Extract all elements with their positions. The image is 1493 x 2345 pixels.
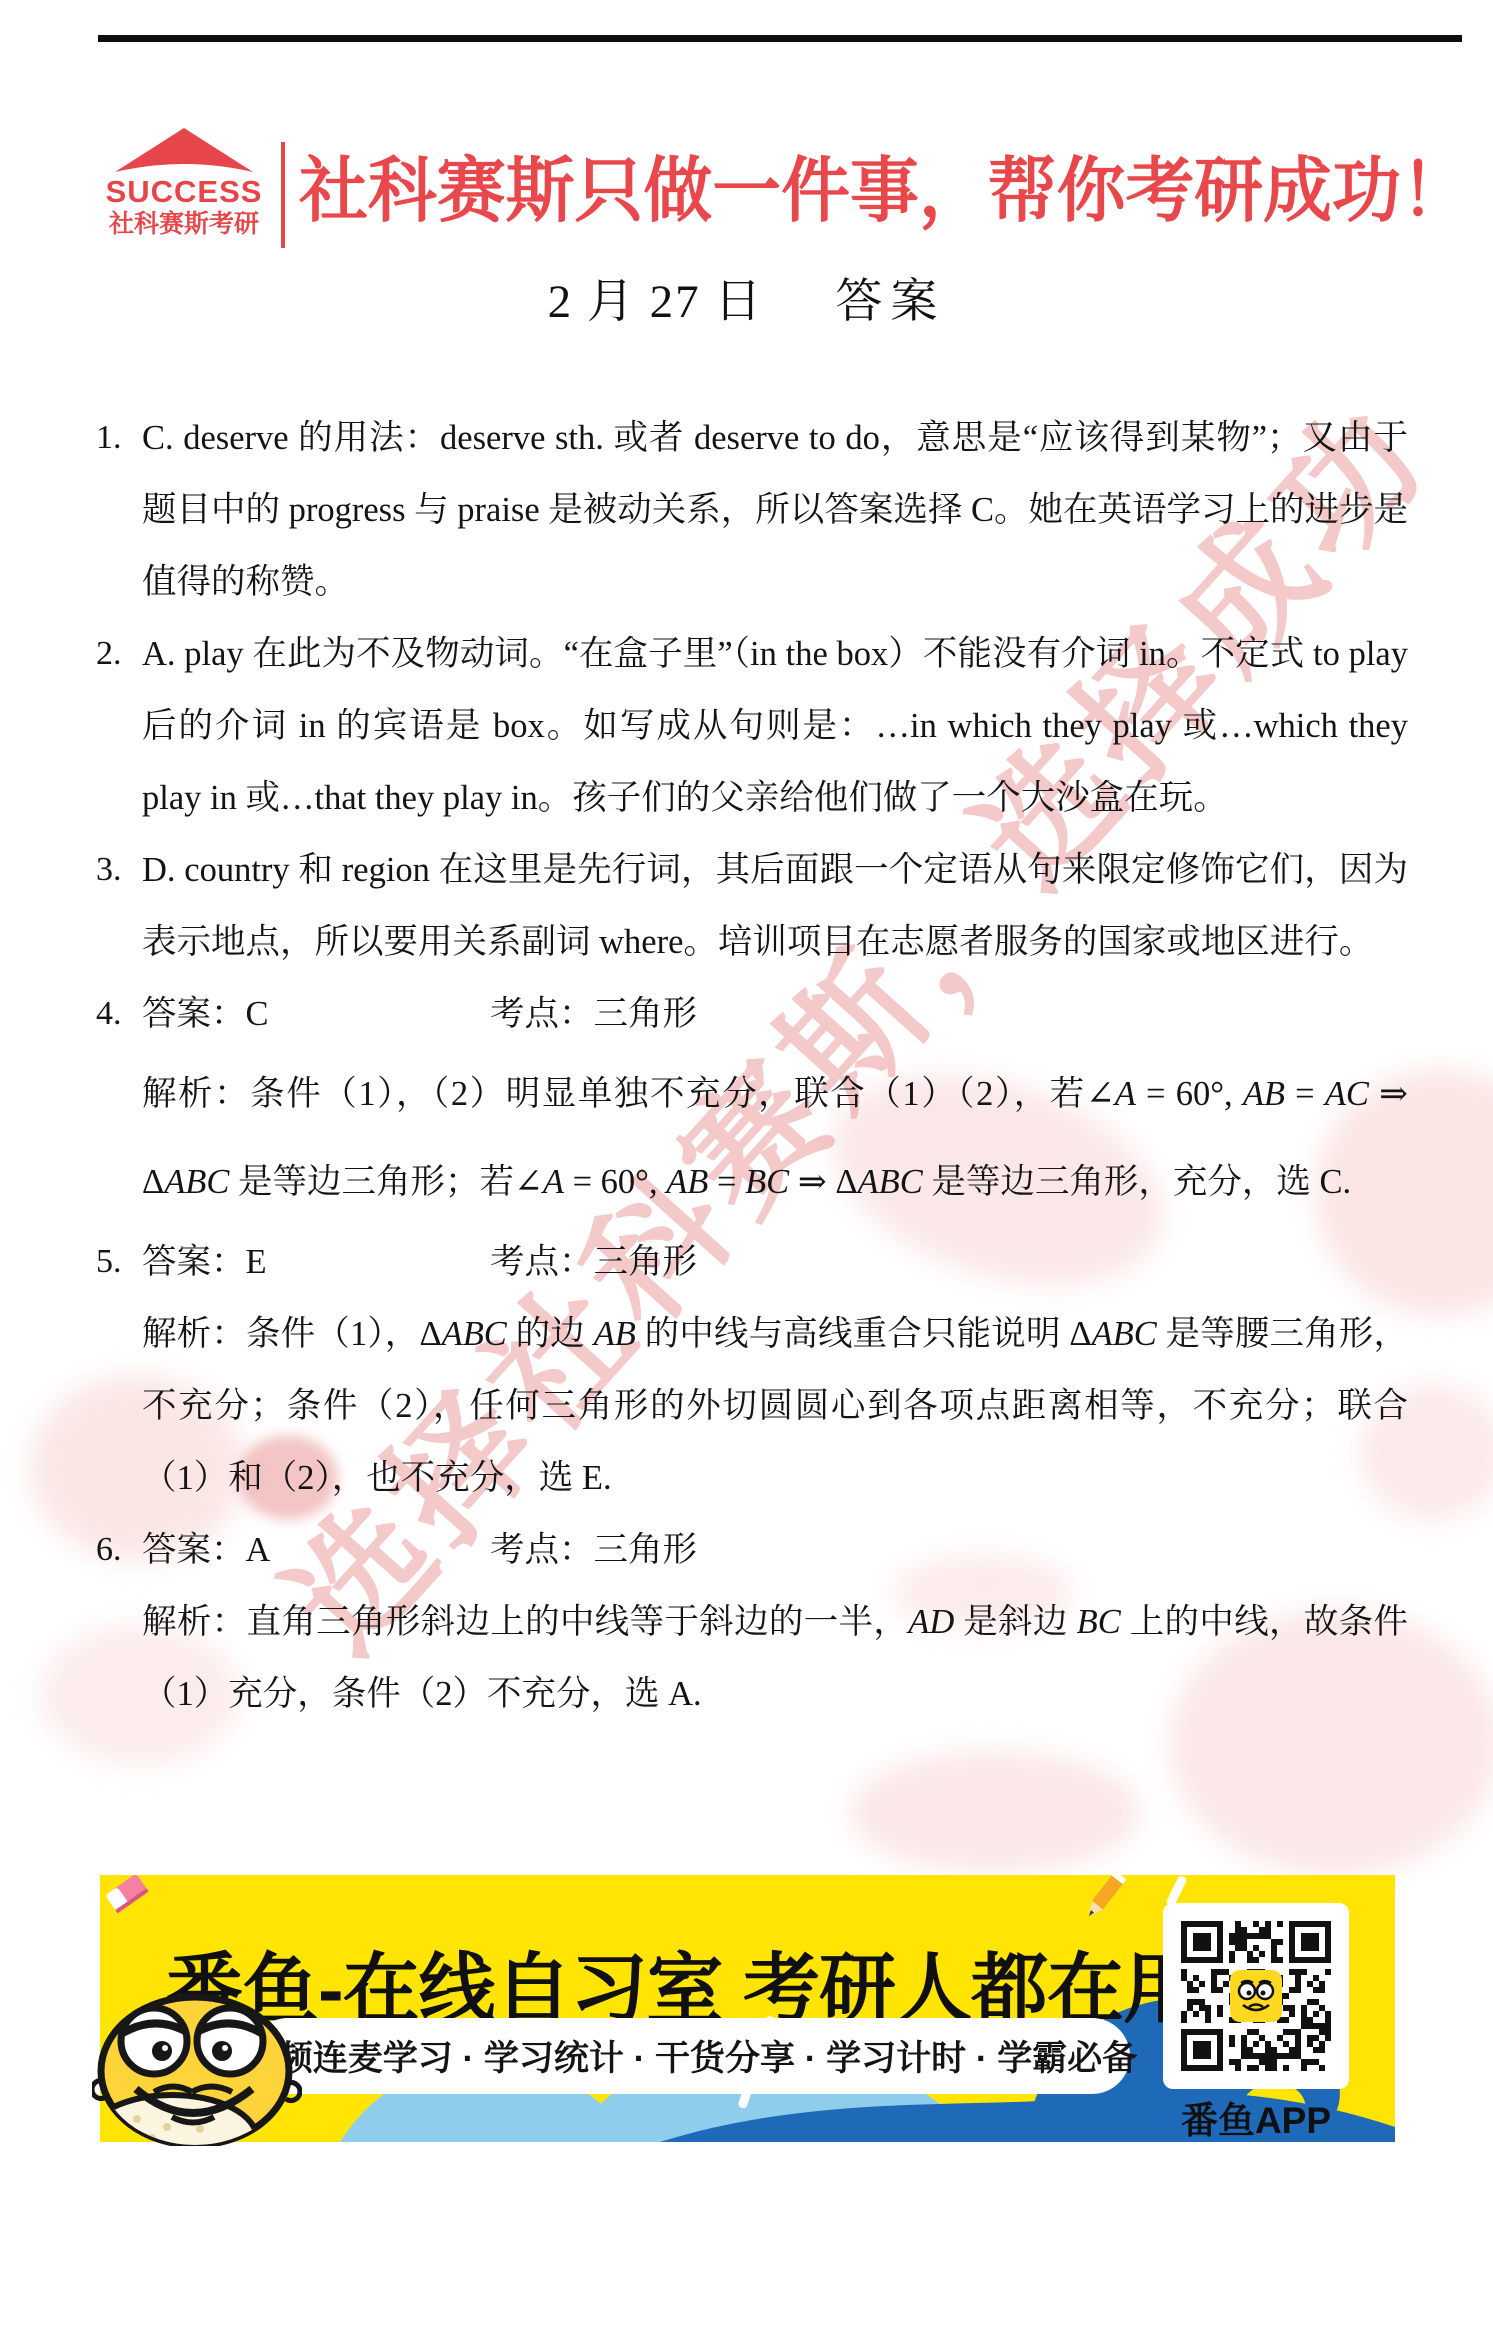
pink-wash: [850, 1752, 1140, 1872]
answer-point-line: 答案：C考点：三角形: [142, 978, 1408, 1050]
item-text: D. country 和 region 在这里是先行词，其后面跟一个定语从句来限…: [142, 834, 1408, 978]
qr-app-label: 番鱼APP: [1163, 2090, 1349, 2144]
item-analysis: 解析：条件（1），ΔABC 的边 AB 的中线与高线重合只能说明 ΔABC 是等…: [142, 1298, 1408, 1514]
answer-point-line: 答案：A考点：三角形: [142, 1514, 1408, 1586]
item-body: 答案：A考点：三角形解析：直角三角形斜边上的中线等于斜边的一半，AD 是斜边 B…: [142, 1514, 1408, 1730]
answer-value: 答案：C: [142, 978, 490, 1050]
item-analysis: 解析：条件（1），（2）明显单独不充分，联合（1）（2），若∠A = 60°, …: [142, 1050, 1408, 1226]
list-item: 3.D. country 和 region 在这里是先行词，其后面跟一个定语从句…: [96, 834, 1408, 978]
point-value: 考点：三角形: [490, 1243, 697, 1281]
page-title: 2 月 27 日答案: [0, 264, 1493, 331]
item-analysis: 解析：直角三角形斜边上的中线等于斜边的一半，AD 是斜边 BC 上的中线，故条件…: [142, 1586, 1408, 1730]
item-body: 答案：E考点：三角形解析：条件（1），ΔABC 的边 AB 的中线与高线重合只能…: [142, 1226, 1408, 1514]
qr-code: [1163, 1903, 1349, 2089]
item-number: 3.: [96, 834, 142, 978]
answer-value: 答案：E: [142, 1226, 490, 1298]
logo-mountain-icon: [113, 126, 255, 176]
item-number: 2.: [96, 618, 142, 834]
list-item: 6.答案：A考点：三角形解析：直角三角形斜边上的中线等于斜边的一半，AD 是斜边…: [96, 1514, 1408, 1730]
answer-point-line: 答案：E考点：三角形: [142, 1226, 1408, 1298]
item-body: D. country 和 region 在这里是先行词，其后面跟一个定语从句来限…: [142, 834, 1408, 978]
item-text: A. play 在此为不及物动词。“在盒子里”（in the box）不能没有介…: [142, 618, 1408, 834]
item-number: 4.: [96, 978, 142, 1226]
list-item: 2.A. play 在此为不及物动词。“在盒子里”（in the box）不能没…: [96, 618, 1408, 834]
qr-code-graphic: [1169, 1909, 1343, 2083]
success-logo: SUCCESS 社科赛斯考研: [104, 126, 264, 239]
list-item: 4.答案：C考点：三角形解析：条件（1），（2）明显单独不充分，联合（1）（2）…: [96, 978, 1408, 1226]
item-body: 答案：C考点：三角形解析：条件（1），（2）明显单独不充分，联合（1）（2），若…: [142, 978, 1408, 1226]
item-number: 5.: [96, 1226, 142, 1514]
logo-wordmark: SUCCESS: [104, 176, 264, 209]
ad-banner: 番鱼-在线自习室 考研人都在用 视频连麦学习 · 学习统计 · 干货分享 · 学…: [100, 1875, 1395, 2142]
top-divider-rule: [98, 35, 1462, 42]
logo-divider: [281, 142, 285, 248]
banner-feature-pill: 视频连麦学习 · 学习统计 · 干货分享 · 学习计时 · 学霸必备: [250, 2018, 1130, 2094]
pufferfish-mascot-icon: [92, 1991, 302, 2146]
banner-feature-list: 视频连麦学习 · 学习统计 · 干货分享 · 学习计时 · 学霸必备: [243, 2031, 1137, 2081]
point-value: 考点：三角形: [490, 995, 697, 1033]
answer-sheet-page: SUCCESS 社科赛斯考研 社科赛斯只做一件事，帮你考研成功！ 2 月 27 …: [0, 0, 1493, 2345]
title-label: 答案: [835, 276, 945, 328]
answer-value: 答案：A: [142, 1514, 490, 1586]
item-body: C. deserve 的用法：deserve sth. 或者 deserve t…: [142, 402, 1408, 618]
point-value: 考点：三角形: [490, 1531, 697, 1569]
item-text: C. deserve 的用法：deserve sth. 或者 deserve t…: [142, 402, 1408, 618]
header-slogan: 社科赛斯只做一件事，帮你考研成功！: [299, 146, 1424, 238]
list-item: 5.答案：E考点：三角形解析：条件（1），ΔABC 的边 AB 的中线与高线重合…: [96, 1226, 1408, 1514]
item-body: A. play 在此为不及物动词。“在盒子里”（in the box）不能没有介…: [142, 618, 1408, 834]
item-number: 1.: [96, 402, 142, 618]
qr-center-mascot-icon: [1230, 1970, 1282, 2022]
answer-list: 1.C. deserve 的用法：deserve sth. 或者 deserve…: [96, 402, 1408, 1730]
logo-subtitle: 社科赛斯考研: [104, 209, 264, 239]
item-number: 6.: [96, 1514, 142, 1730]
list-item: 1.C. deserve 的用法：deserve sth. 或者 deserve…: [96, 402, 1408, 618]
title-date: 2 月 27 日: [548, 276, 764, 328]
